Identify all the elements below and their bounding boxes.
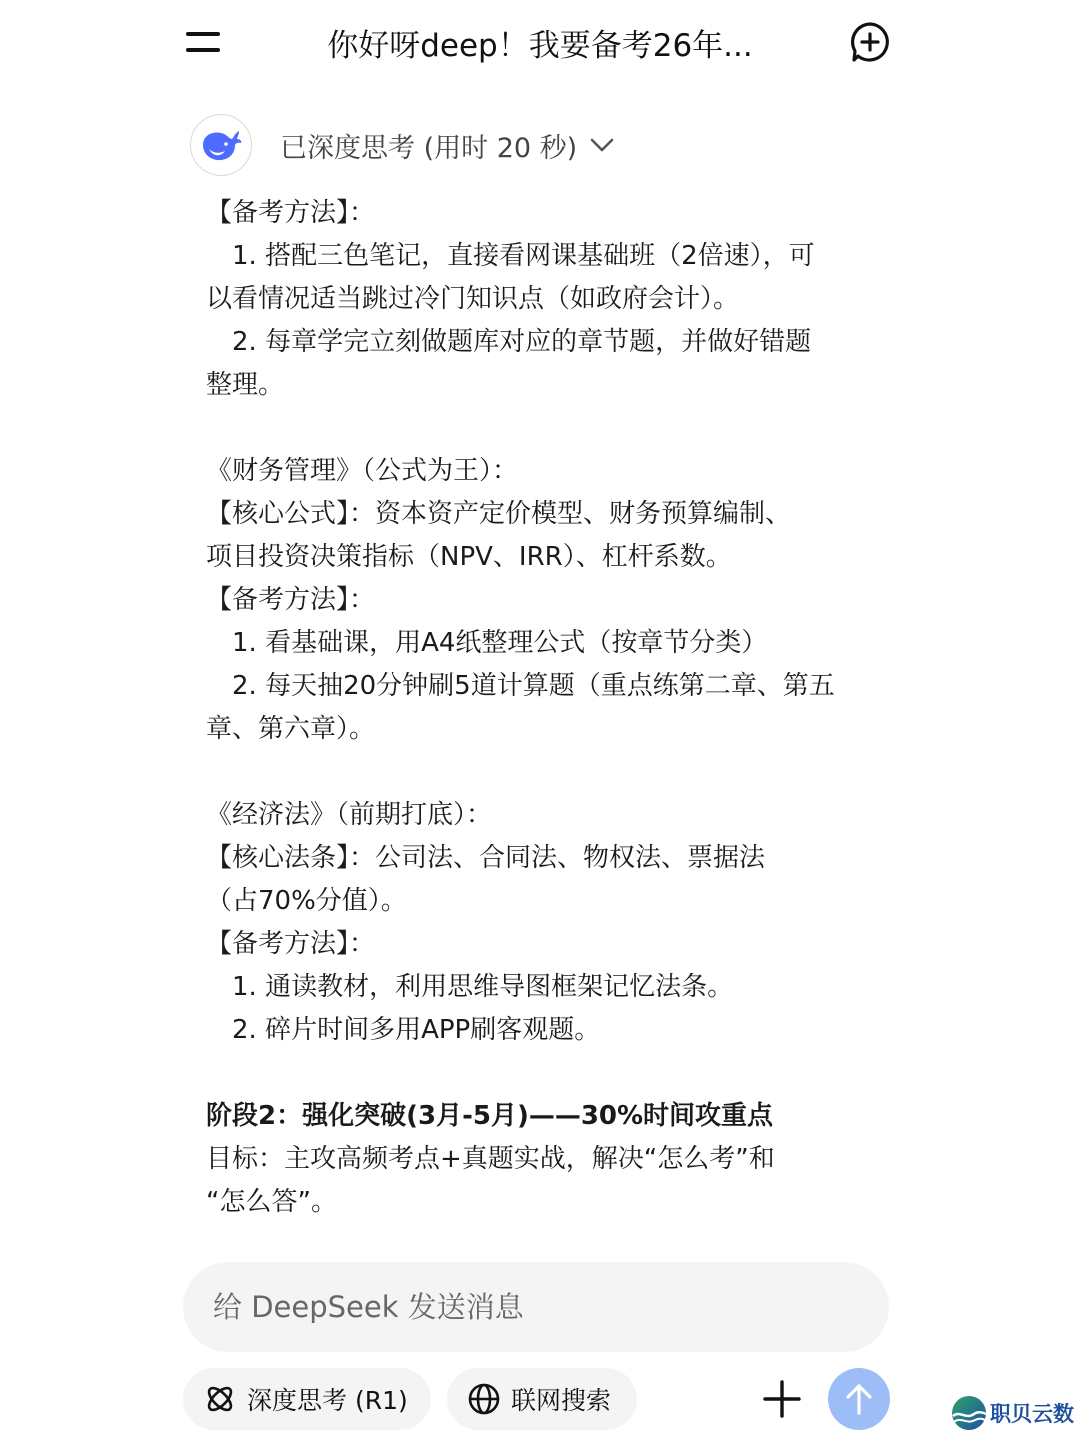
message-line: 2. 碎片时间多用APP刷客观题。 [206,1009,876,1052]
globe-icon [467,1382,501,1416]
wave-globe-icon [950,1394,988,1432]
attach-button[interactable] [762,1379,802,1419]
watermark-text: 职贝云数 [990,1398,1074,1428]
send-button[interactable] [828,1368,890,1430]
message-line: 《经济法》（前期打底）： [206,794,876,837]
message-line: 《财务管理》（公式为王）： [206,450,876,493]
arrow-up-icon [844,1382,874,1416]
top-bar: 你好呀deep！我要备考26年... [0,0,1080,90]
avatar [190,114,252,176]
message-line: 【核心法条】：公司法、合同法、物权法、票据法 [206,837,876,880]
chat-title: 你好呀deep！我要备考26年... [260,20,820,65]
message-line: （占70%分值）。 [206,880,876,923]
message-line: 【核心公式】：资本资产定价模型、财务预算编制、 [206,493,876,536]
message-line: 1. 通读教材，利用思维导图框架记忆法条。 [206,966,876,1009]
new-chat-icon [848,20,892,64]
message-line: 【备考方法】： [206,923,876,966]
thinking-toggle[interactable]: 已深度思考 (用时 20 秒) [280,126,615,165]
message-line: 2. 每天抽20分钟刷5道计算题（重点练第二章、第五 [206,665,876,708]
message-input[interactable] [213,1290,853,1324]
atom-icon [203,1382,237,1416]
paragraph-gap [206,1052,876,1095]
message-line: 1. 搭配三色笔记，直接看网课基础班（2倍速），可 [206,235,876,278]
section-heading: 阶段2：强化突破(3月-5月)——30%时间攻重点 [206,1095,876,1138]
paragraph-gap [206,407,876,450]
message-line: 2. 每章学完立刻做题库对应的章节题，并做好错题 [206,321,876,364]
plus-icon [762,1379,802,1419]
deep-think-label: 深度思考 (R1) [247,1381,408,1417]
message-line: 章、第六章）。 [206,708,876,751]
message-input-container[interactable] [183,1262,889,1352]
paragraph-gap [206,751,876,794]
deep-think-toggle[interactable]: 深度思考 (R1) [183,1368,431,1430]
message-line: 项目投资决策指标（NPV、IRR）、杠杆系数。 [206,536,876,579]
message-line: 【备考方法】： [206,579,876,622]
thinking-label: 已深度思考 (用时 20 秒) [280,126,577,165]
web-search-toggle[interactable]: 联网搜索 [447,1368,637,1430]
chevron-down-icon [589,132,615,158]
menu-button[interactable] [186,28,222,56]
message-line: 目标：主攻高频考点+真题实战，解决“怎么考”和 [206,1138,876,1181]
web-search-label: 联网搜索 [511,1381,611,1417]
message-line: “怎么答”。 [206,1181,876,1224]
message-line: 【备考方法】： [206,192,876,235]
new-chat-button[interactable] [848,20,892,64]
message-line: 以看情况适当跳过冷门知识点（如政府会计）。 [206,278,876,321]
thinking-status-row: 已深度思考 (用时 20 秒) [190,112,615,178]
message-line: 整理。 [206,364,876,407]
deepseek-whale-icon [199,127,243,163]
message-line: 1. 看基础课，用A4纸整理公式（按章节分类） [206,622,876,665]
assistant-message: 【备考方法】：1. 搭配三色笔记，直接看网课基础班（2倍速），可以看情况适当跳过… [206,192,876,1224]
watermark-logo: 职贝云数 [950,1394,1074,1432]
